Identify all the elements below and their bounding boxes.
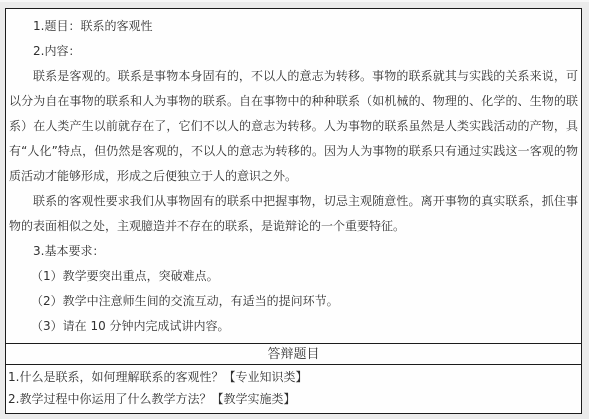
- defense-question-2: 2.教学过程中你运用了什么教学方法？【教学实施类】: [8, 388, 579, 410]
- defense-questions-cell: 1.什么是联系，如何理解联系的客观性？【专业知识类】 2.教学过程中你运用了什么…: [6, 365, 581, 413]
- lecture-title-line: 1.题目：联系的客观性: [9, 14, 578, 39]
- requirements-label: 3.基本要求：: [9, 239, 578, 264]
- exam-card-page: 1.题目：联系的客观性 2.内容： 联系是客观的。联系是事物本身固有的，不以人的…: [0, 0, 589, 419]
- requirement-item-2: （2）教学中注意师生间的交流互动，有适当的提问环节。: [9, 289, 578, 314]
- defense-header-cell: 答辩题目: [6, 343, 581, 365]
- lecture-paragraph-1: 联系是客观的。联系是事物本身固有的，不以人的意志为转移。事物的联系就其与实践的关…: [9, 64, 578, 189]
- content-label: 2.内容：: [9, 39, 578, 64]
- requirement-item-1: （1）教学要突出重点，突破难点。: [9, 264, 578, 289]
- exam-card-table: 1.题目：联系的客观性 2.内容： 联系是客观的。联系是事物本身固有的，不以人的…: [5, 8, 582, 414]
- requirement-item-3: （3）请在 10 分钟内完成试讲内容。: [9, 314, 578, 339]
- defense-question-1: 1.什么是联系，如何理解联系的客观性？【专业知识类】: [8, 366, 579, 388]
- lecture-paragraph-2: 联系的客观性要求我们从事物固有的联系中把握事物，切忌主观随意性。离开事物的真实联…: [9, 189, 578, 239]
- lecture-content-cell: 1.题目：联系的客观性 2.内容： 联系是客观的。联系是事物本身固有的，不以人的…: [6, 9, 581, 343]
- defense-header-label: 答辩题目: [267, 347, 319, 362]
